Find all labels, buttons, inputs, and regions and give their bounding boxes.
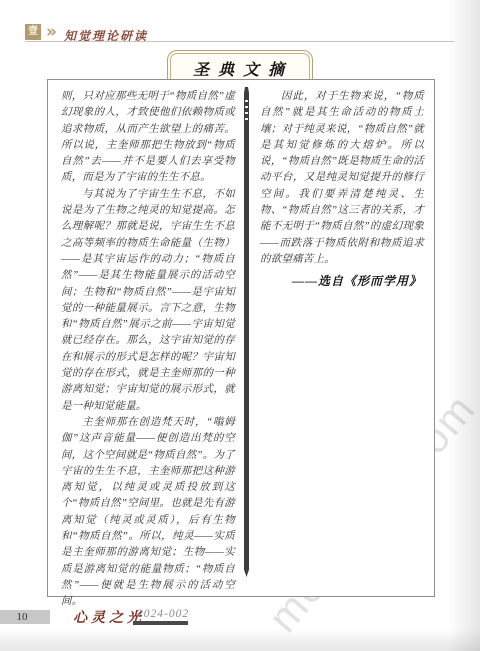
page-edge-shadow-bottom xyxy=(0,629,480,651)
paragraph: 主奎师那在创造梵天时，“嗡姆伽”这声音能量——便创造出梵的空间，这个空间就是“物… xyxy=(61,415,235,611)
left-column: 则，只对应那些无明于“物质自然”虚幻现象的人，才致使他们依赖物质或追求物质，从而… xyxy=(61,89,235,587)
content-box: 则，只对应那些无明于“物质自然”虚幻现象的人，才致使他们依赖物质或追求物质，从而… xyxy=(47,79,435,597)
section-title: 圣典文摘 xyxy=(193,62,293,79)
document-page: moyancm.com 壹 » 知觉理论研读 圣典文摘 则，只对应那些无明于“物… xyxy=(0,0,480,651)
page-number: 10 xyxy=(0,610,44,624)
right-column: 因此，对于生物来说，“物质自然”就是其生命活动的物质土壤；对于纯灵来说，“物质自… xyxy=(260,89,424,587)
chapter-badge-icon: 壹 xyxy=(25,24,41,40)
paragraph: 与其说为了宇宙生生不息，不如说是为了生物之纯灵的知觉提高。怎么理解呢？那就是说，… xyxy=(61,187,235,415)
paragraph: 则，只对应那些无明于“物质自然”虚幻现象的人，才致使他们依赖物质或追求物质，从而… xyxy=(61,89,235,187)
paragraph: 因此，对于生物来说，“物质自然”就是其生命活动的物质土壤；对于纯灵来说，“物质自… xyxy=(260,89,424,268)
chevrons-icon: » xyxy=(46,22,57,42)
footer-issue-underline xyxy=(133,621,188,625)
page-edge-shadow-right xyxy=(448,0,480,651)
header-rule xyxy=(25,41,454,42)
footer-issue-number: 2024-002 xyxy=(137,608,189,620)
source-attribution: ——选自《形而学用》 xyxy=(292,273,422,289)
column-divider xyxy=(244,87,249,577)
